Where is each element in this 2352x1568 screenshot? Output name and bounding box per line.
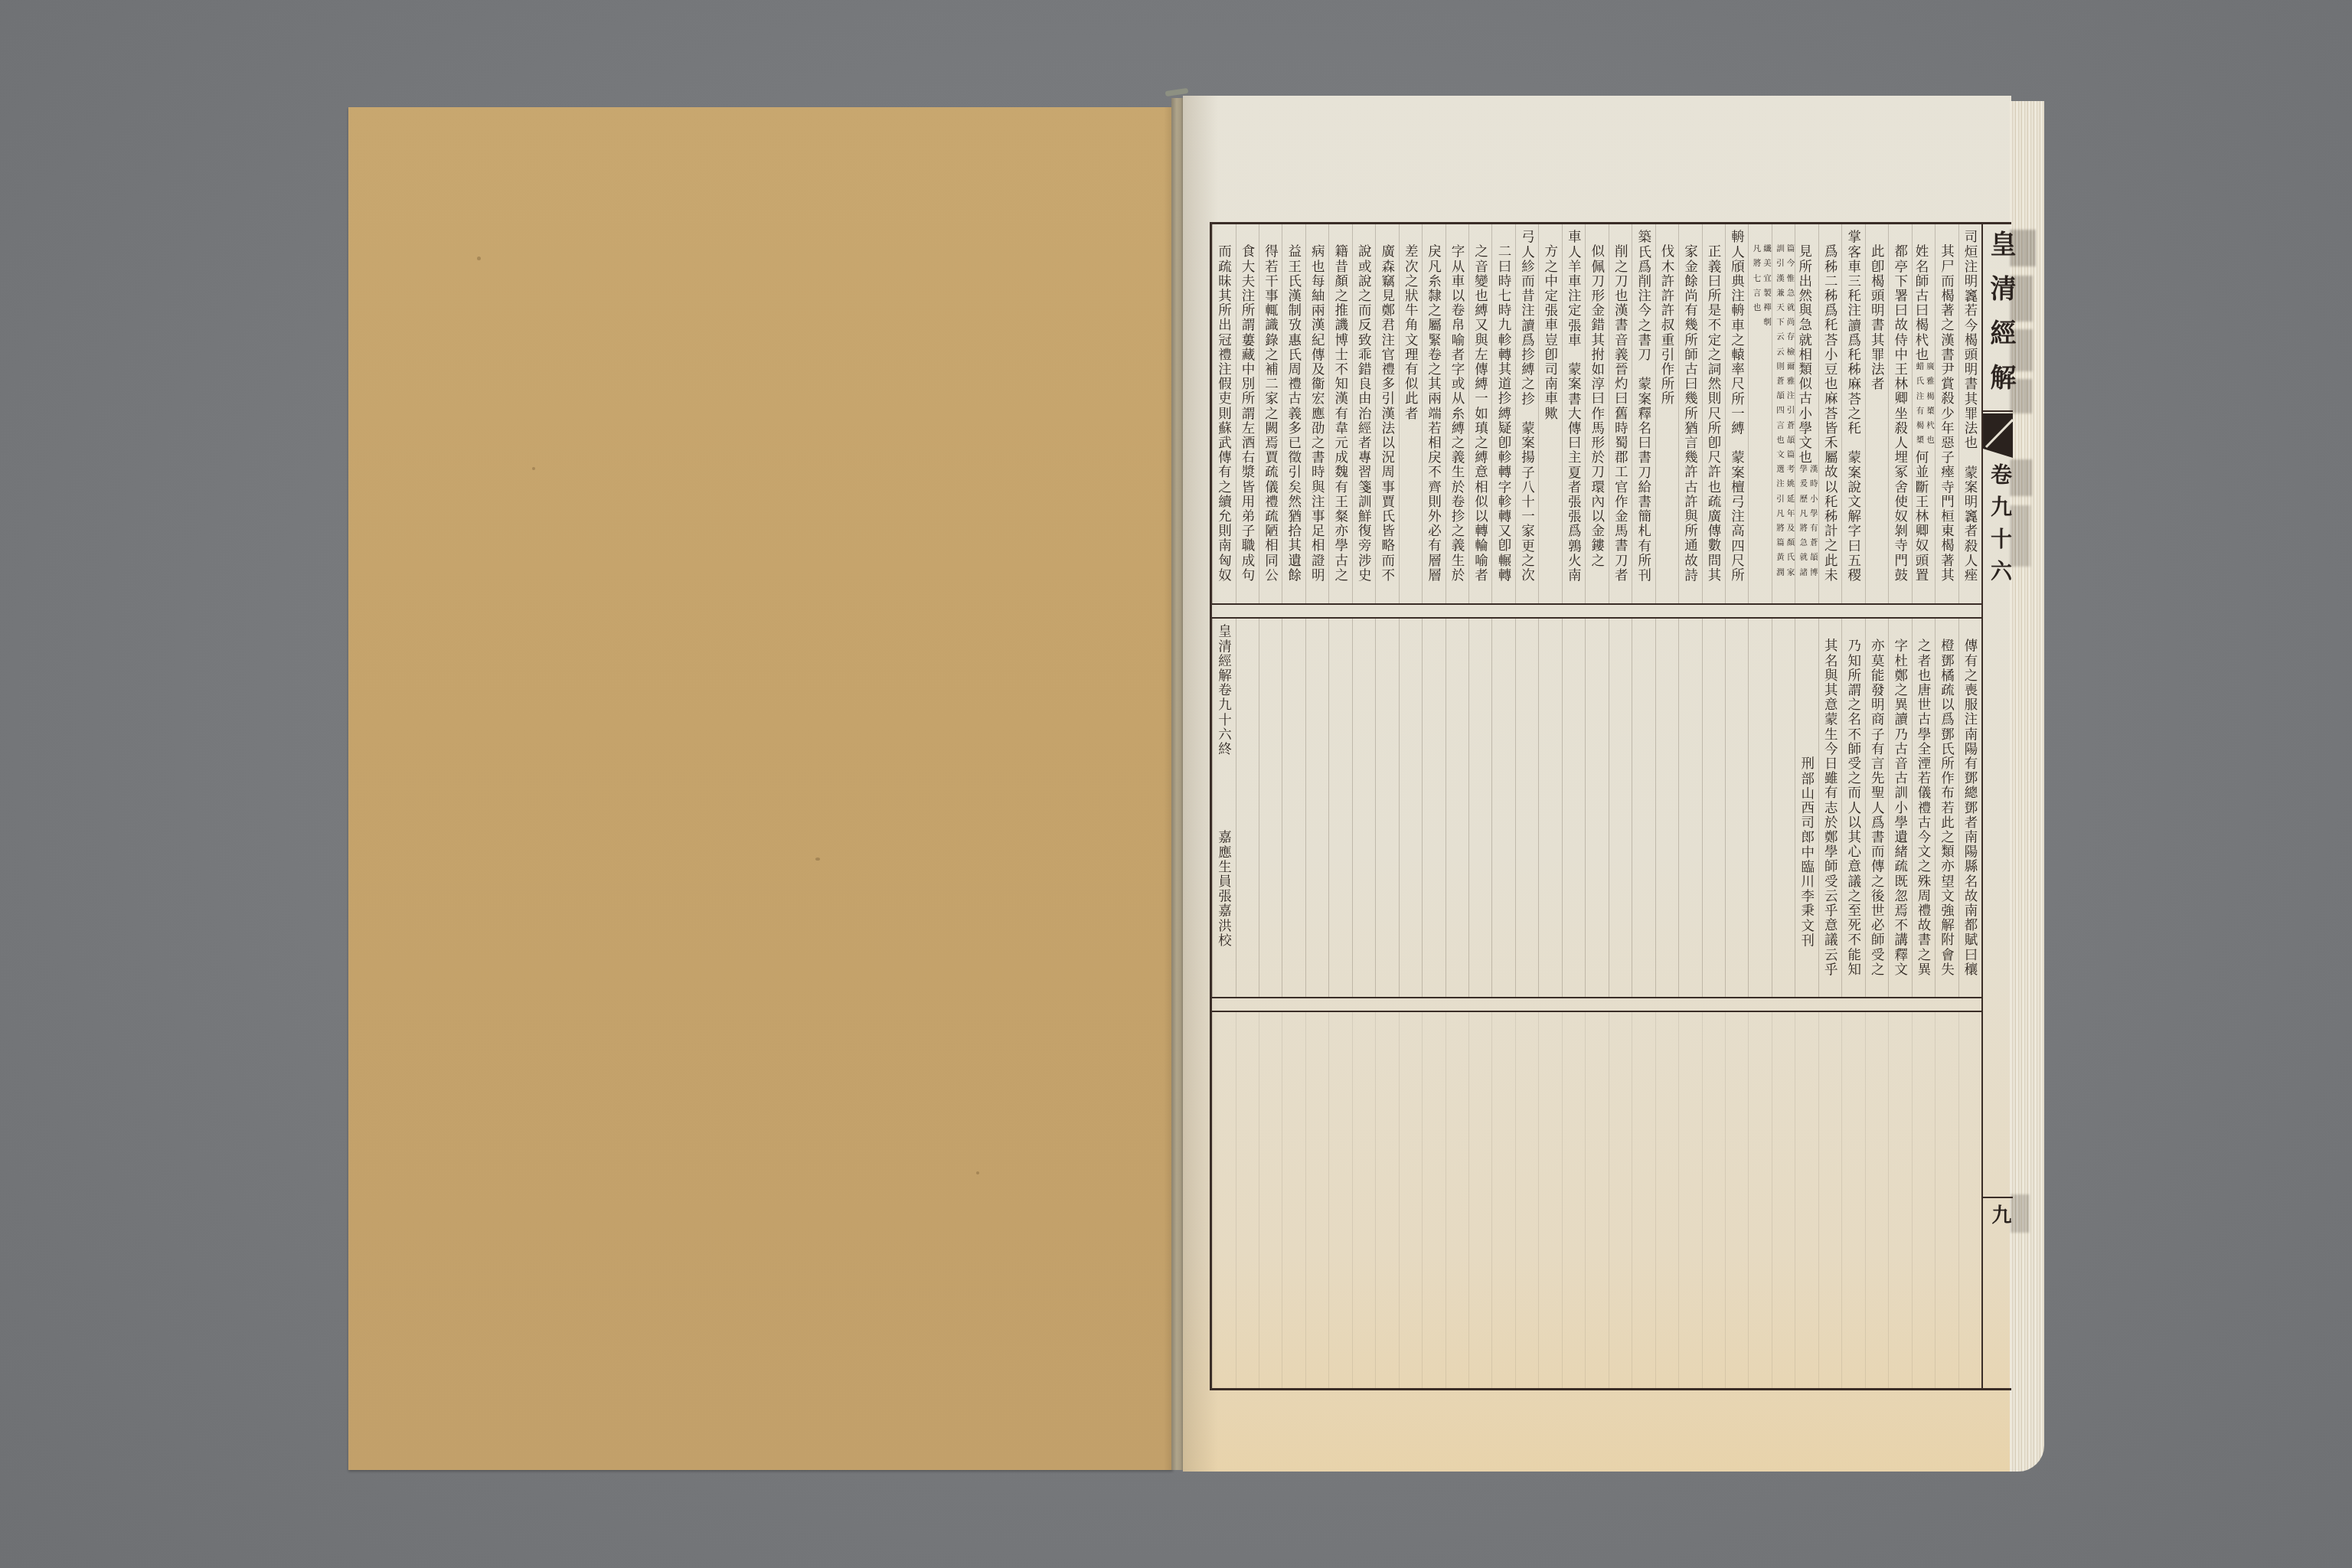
text-column: 司烜注明竁若今楬頭明書其罪法也 蒙案明竁者殺人痤 xyxy=(1958,224,1981,603)
main-text: 差次之狀牛角文理有似此者 xyxy=(1403,244,1418,420)
blank-column xyxy=(1748,1012,1771,1388)
blank-column xyxy=(1236,619,1259,997)
main-text: 削之刀也漢書音義晉灼曰舊時蜀郡工官作金馬書刀者 xyxy=(1612,244,1628,583)
blank-column xyxy=(1562,1012,1585,1388)
text-column: 之音變也縛又與左傳縛一如瑱之縛意相似以轉輪喻者 xyxy=(1468,224,1491,603)
text-column: 傳有之喪服注南陽有鄧總鄧者南陽縣名故南都賦曰穰 xyxy=(1958,619,1981,997)
main-text: 得若干事輒識錄之補二家之闕焉賈疏儀禮疏陋相同公 xyxy=(1263,244,1278,583)
blank-column xyxy=(1678,1012,1701,1388)
text-column: 說或說之而反致乖錯良由治經者專習箋訓鮮復旁涉史 xyxy=(1352,224,1375,603)
blank-column xyxy=(1609,1012,1632,1388)
main-text: 方之中定張車豈卽司南車歟 xyxy=(1543,244,1558,420)
annotation-line: 漢時小學有蒼頡博 xyxy=(1808,465,1818,583)
tier-divider xyxy=(1212,997,1981,1012)
text-column: 此卽楬頭明書其罪法者 xyxy=(1865,224,1888,603)
blank-column xyxy=(1399,619,1422,997)
blank-column xyxy=(1352,1012,1375,1388)
blank-column xyxy=(1632,619,1655,997)
main-text: 益王氏漢制攷惠氏周禮古義多已徵引矣然猶拾其遺餘 xyxy=(1286,244,1302,583)
annotation-line: 訓引漢兼天下云云則蒼頡四言也文選注引凡將篇黃潤 xyxy=(1774,244,1785,583)
main-text: 食大夫注所謂蔞藏中別所謂左酒右漿皆用弟子職成句 xyxy=(1240,244,1255,583)
blank-column xyxy=(1282,1012,1305,1388)
text-column: 籍昔顏之推譏博士不知漢有韋元成魏有王粲亦學古之 xyxy=(1328,224,1351,603)
text-column: 方之中定張車豈卽司南車歟 xyxy=(1538,224,1561,603)
blank-column xyxy=(1562,619,1585,997)
book-front-cover xyxy=(348,107,1173,1470)
text-column: 伐木許許許叔重引作所所 xyxy=(1655,224,1678,603)
main-text: 輈人頎典注輈車之轅率尺所一縛 蒙案檀弓注高四尺所 xyxy=(1729,230,1744,583)
fishtail-icon xyxy=(1983,413,2013,458)
main-text: 姓名師古曰楬杙也 xyxy=(1913,244,1929,362)
blank-column xyxy=(1772,619,1795,997)
text-column: 廣森竊見鄭君注官禮多引漢法以況周事賈氏皆略而不 xyxy=(1375,224,1398,603)
main-text: 此卽楬頭明書其罪法者 xyxy=(1869,244,1884,391)
text-column: 弓人紾而昔注讀爲抮縛之抮 蒙案揚子八十一家更之次 xyxy=(1515,224,1538,603)
blank-column xyxy=(1888,1012,1911,1388)
cover-stain xyxy=(976,1171,979,1174)
blank-column xyxy=(1865,1012,1888,1388)
annotation-note: 廣雅楬橥杙也蜡氏注有楬橥 xyxy=(1914,362,1935,450)
main-text: 病也每紬兩漢紀傳及衞宏應劭之書時與注事足相證明 xyxy=(1309,244,1325,583)
text-column: 皇清經解卷九十六終嘉應生員張嘉洪校 xyxy=(1212,619,1235,997)
blank-column xyxy=(1655,1012,1678,1388)
main-text: 刑部山西司郎中臨川李秉文刊 xyxy=(1799,756,1815,948)
blank-column xyxy=(1375,619,1398,997)
main-text: 正義曰所是不定之詞然則尺所卽尺許也疏廣傳數問其 xyxy=(1706,244,1721,583)
text-column: 乃知所謂之名不師受之而人以其心意議之至死不能知 xyxy=(1841,619,1864,997)
main-text: 說或說之而反致乖錯良由治經者專習箋訓鮮復旁涉史 xyxy=(1356,244,1371,583)
text-area: 司烜注明竁若今楬頭明書其罪法也 蒙案明竁者殺人痤其尸而楬著之漢書尹賞殺少年惡子瘞… xyxy=(1212,224,1981,1388)
volume-label: 卷九十六 xyxy=(1983,463,2017,592)
blank-column xyxy=(1585,619,1608,997)
annotation-line: 蜡氏注有楬橥 xyxy=(1914,362,1925,450)
blank-column xyxy=(1585,1012,1608,1388)
main-text: 字从車以卷帛喻者字或从糸縛之義生於卷抮之義生於 xyxy=(1449,244,1465,583)
annotation-line: 篇今惟急就尚存檢爾雅注引蒼頡篇考姚延年及顏氏家 xyxy=(1785,244,1795,583)
blank-column xyxy=(1795,1012,1818,1388)
cover-stain xyxy=(477,256,481,260)
strip-rule xyxy=(1983,410,2013,412)
blank-column xyxy=(1678,619,1701,997)
page-number: 九 xyxy=(1984,1204,2015,1224)
annotation-note: 漢時小學有蒼頡博學爰歷凡將急就諸 xyxy=(1798,465,1818,583)
text-column: 姓名師古曰楬杙也廣雅楬橥杙也蜡氏注有楬橥何並斷王林卿奴頭置 xyxy=(1912,224,1935,603)
main-text: 爲秭二秭爲秅荅小豆也麻荅皆禾屬故以秅秭計之此未 xyxy=(1822,244,1837,583)
blank-column xyxy=(1818,1012,1841,1388)
main-text: 其名與其意蒙生今日雖有志於鄭學師受云乎意議云乎 xyxy=(1822,639,1837,977)
blank-column xyxy=(1375,1012,1398,1388)
text-column: 益王氏漢制攷惠氏周禮古義多已徵引矣然猶拾其遺餘 xyxy=(1282,224,1305,603)
annotation-line: 廣雅楬橥杙也 xyxy=(1925,362,1935,450)
main-text: 司烜注明竁若今楬頭明書其罪法也 蒙案明竁者殺人痤 xyxy=(1962,230,1978,583)
text-column: 戾凡糸隸之屬緊卷之其兩端若相戾不齊則外必有層層 xyxy=(1422,224,1445,603)
blank-column xyxy=(1958,1012,1981,1388)
text-column: 病也每紬兩漢紀傳及衞宏應劭之書時與注事足相證明 xyxy=(1305,224,1328,603)
blank-column xyxy=(1702,619,1725,997)
text-column: 亦莫能發明商子有言先聖人爲書而傳之後世必師受之 xyxy=(1865,619,1888,997)
text-column: 得若干事輒識錄之補二家之闕焉賈疏儀禮疏陋相同公 xyxy=(1259,224,1282,603)
text-column: 其名與其意蒙生今日雖有志於鄭學師受云乎意議云乎 xyxy=(1818,619,1841,997)
blank-column xyxy=(1236,1012,1259,1388)
text-column: 爲秭二秭爲秅荅小豆也麻荅皆禾屬故以秅秭計之此未 xyxy=(1818,224,1841,603)
blank-column xyxy=(1491,1012,1514,1388)
blank-column xyxy=(1538,1012,1561,1388)
main-text: 伐木許許許叔重引作所所 xyxy=(1659,244,1674,406)
text-column: 似佩刀形金錯其拊如淳曰作馬形於刀環內以金鏤之 xyxy=(1585,224,1608,603)
text-column: 而疏昧其所出冠禮注假吏則蘇武傳有之續允則南匈奴 xyxy=(1212,224,1235,603)
text-column: 削之刀也漢書音義晉灼曰舊時蜀郡工官作金馬書刀者 xyxy=(1609,224,1632,603)
annotation-line: 凡將七言也 xyxy=(1751,244,1762,332)
middle-tier: 傳有之喪服注南陽有鄧總鄧者南陽縣名故南都賦曰穰橙鄧橘疏以爲鄧氏所作布若此之類亦望… xyxy=(1212,619,1981,997)
main-text: 戾凡糸隸之屬緊卷之其兩端若相戾不齊則外必有層層 xyxy=(1426,244,1442,583)
main-text: 皇清經解卷九十六終 xyxy=(1217,624,1232,756)
main-text: 廣森竊見鄭君注官禮多引漢法以況周事賈氏皆略而不 xyxy=(1380,244,1395,583)
blank-column xyxy=(1399,1012,1422,1388)
blank-column xyxy=(1445,619,1468,997)
main-text: 嘉應生員張嘉洪校 xyxy=(1212,830,1235,948)
text-column: 二曰時七時九軫轉其道抮縛疑卽軫轉字軫轉又卽輾轉 xyxy=(1491,224,1514,603)
blank-column xyxy=(1352,619,1375,997)
strip-rule xyxy=(1983,1197,2013,1198)
main-text: 字杜鄭之異讀乃古音古訓小學遺緒疏既忽焉不講釋文 xyxy=(1893,639,1908,977)
text-column: 之者也唐世古學全湮若儀禮古今文之殊周禮故書之異 xyxy=(1912,619,1935,997)
annotation-note: 篇今惟急就尚存檢爾雅注引蒼頡篇考姚延年及顏氏家訓引漢兼天下云云則蒼頡四言也文選注… xyxy=(1774,244,1795,583)
text-column: 食大夫注所謂蔞藏中別所謂左酒右漿皆用弟子職成句 xyxy=(1236,224,1259,603)
main-text: 傳有之喪服注南陽有鄧總鄧者南陽縣名故南都賦曰穰 xyxy=(1962,639,1978,977)
text-column: 字从車以卷帛喻者字或从糸縛之義生於卷抮之義生於 xyxy=(1445,224,1468,603)
blank-column xyxy=(1725,619,1748,997)
blank-column xyxy=(1305,1012,1328,1388)
blank-column xyxy=(1515,1012,1538,1388)
blank-column xyxy=(1515,619,1538,997)
main-text: 而疏昧其所出冠禮注假吏則蘇武傳有之續允則南匈奴 xyxy=(1217,244,1232,583)
main-text: 之者也唐世古學全湮若儀禮古今文之殊周禮故書之異 xyxy=(1916,639,1931,977)
annotation-line: 學爰歷凡將急就諸 xyxy=(1798,465,1808,583)
center-strip: 皇清經解 卷九十六 九 xyxy=(1981,224,2013,1388)
main-text: 其尸而楬著之漢書尹賞殺少年惡子瘞寺門桓東楬著其 xyxy=(1939,244,1955,583)
blank-column xyxy=(1282,619,1305,997)
main-text: 籍昔顏之推譏博士不知漢有韋元成魏有王粲亦學古之 xyxy=(1333,244,1348,583)
blank-column xyxy=(1632,1012,1655,1388)
main-text: 何並斷王林卿奴頭置 xyxy=(1913,450,1929,583)
text-column: 正義曰所是不定之詞然則尺所卽尺許也疏廣傳數問其 xyxy=(1702,224,1725,603)
blank-column xyxy=(1259,1012,1282,1388)
printed-frame: 司烜注明竁若今楬頭明書其罪法也 蒙案明竁者殺人痤其尸而楬著之漢書尹賞殺少年惡子瘞… xyxy=(1210,222,2011,1390)
text-column: 都亭下署曰故侍中王林卿坐殺人埋冢舍使奴剝寺門鼓 xyxy=(1888,224,1911,603)
text-column: 車人羊車注定張車 蒙案書大傳曰主夏者張張爲鶉火南 xyxy=(1562,224,1585,603)
main-text: 似佩刀形金錯其拊如淳曰作馬形於刀環內以金鏤之 xyxy=(1589,244,1605,567)
text-column: 字杜鄭之異讀乃古音古訓小學遺緒疏既忽焉不講釋文 xyxy=(1888,619,1911,997)
lower-tier xyxy=(1212,1012,1981,1388)
cover-stain xyxy=(815,857,820,861)
blank-column xyxy=(1212,1012,1235,1388)
blank-column xyxy=(1422,619,1445,997)
main-text: 之音變也縛又與左傳縛一如瑱之縛意相似以轉輪喻者 xyxy=(1472,244,1488,583)
text-column: 差次之狀牛角文理有似此者 xyxy=(1399,224,1422,603)
main-text: 築氏爲削注今之書刀 蒙案釋名曰書刀給書簡札有所刊 xyxy=(1636,230,1651,583)
text-column: 橙鄧橘疏以爲鄧氏所作布若此之類亦望文強解附會失 xyxy=(1935,619,1958,997)
annotation-note: 纖美宜製禪剸凡將七言也 xyxy=(1751,244,1772,332)
blank-column xyxy=(1259,619,1282,997)
blank-column xyxy=(1725,1012,1748,1388)
blank-column xyxy=(1841,1012,1864,1388)
blank-column xyxy=(1422,1012,1445,1388)
blank-column xyxy=(1655,619,1678,997)
blank-column xyxy=(1305,619,1328,997)
tier-divider xyxy=(1212,603,1981,619)
text-column: 輈人頎典注輈車之轅率尺所一縛 蒙案檀弓注高四尺所 xyxy=(1725,224,1748,603)
main-text: 橙鄧橘疏以爲鄧氏所作布若此之類亦望文強解附會失 xyxy=(1939,639,1955,977)
text-column: 掌客車三秅注讀爲秅秭麻荅之秅 蒙案說文解字曰五稷 xyxy=(1841,224,1864,603)
blank-column xyxy=(1772,1012,1795,1388)
main-text: 弓人紾而昔注讀爲抮縛之抮 蒙案揚子八十一家更之次 xyxy=(1519,230,1534,583)
text-column: 築氏爲削注今之書刀 蒙案釋名曰書刀給書簡札有所刊 xyxy=(1632,224,1655,603)
book-title: 皇清經解 xyxy=(1983,230,2018,408)
blank-column xyxy=(1702,1012,1725,1388)
text-column: 刑部山西司郎中臨川李秉文刊 xyxy=(1795,619,1818,997)
blank-column xyxy=(1935,1012,1958,1388)
main-text: 亦莫能發明商子有言先聖人爲書而傳之後世必師受之 xyxy=(1869,639,1884,977)
upper-tier: 司烜注明竁若今楬頭明書其罪法也 蒙案明竁者殺人痤其尸而楬著之漢書尹賞殺少年惡子瘞… xyxy=(1212,224,1981,603)
blank-column xyxy=(1748,619,1771,997)
main-text: 二曰時七時九軫轉其道抮縛疑卽軫轉字軫轉又卽輾轉 xyxy=(1496,244,1511,583)
main-text: 家金餘尚有幾所師古曰幾所猶言幾許古許與所通故詩 xyxy=(1683,244,1698,583)
blank-column xyxy=(1468,1012,1491,1388)
main-text: 掌客車三秅注讀爲秅秭麻荅之秅 蒙案說文解字曰五稷 xyxy=(1846,230,1861,583)
blank-column xyxy=(1328,1012,1351,1388)
blank-column xyxy=(1445,1012,1468,1388)
main-text: 都亭下署曰故侍中王林卿坐殺人埋冢舍使奴剝寺門鼓 xyxy=(1893,244,1908,583)
blank-column xyxy=(1491,619,1514,997)
text-column: 纖美宜製禪剸凡將七言也 xyxy=(1748,224,1771,603)
text-column: 篇今惟急就尚存檢爾雅注引蒼頡篇考姚延年及顏氏家訓引漢兼天下云云則蒼頡四言也文選注… xyxy=(1772,224,1795,603)
blank-column xyxy=(1912,1012,1935,1388)
text-column: 見所出然與急就相類似古小學文也漢時小學有蒼頡博學爰歷凡將急就諸 xyxy=(1795,224,1818,603)
blank-column xyxy=(1468,619,1491,997)
text-column: 家金餘尚有幾所師古曰幾所猶言幾許古許與所通故詩 xyxy=(1678,224,1701,603)
main-text: 乃知所謂之名不師受之而人以其心意議之至死不能知 xyxy=(1846,639,1861,977)
blank-column xyxy=(1538,619,1561,997)
text-column: 其尸而楬著之漢書尹賞殺少年惡子瘞寺門桓東楬著其 xyxy=(1935,224,1958,603)
main-text: 車人羊車注定張車 蒙案書大傳曰主夏者張張爲鶉火南 xyxy=(1566,230,1581,583)
cover-stain xyxy=(532,467,535,470)
main-text: 見所出然與急就相類似古小學文也 xyxy=(1797,244,1812,465)
blank-column xyxy=(1328,619,1351,997)
blank-column xyxy=(1609,619,1632,997)
annotation-line: 纖美宜製禪剸 xyxy=(1761,244,1772,332)
